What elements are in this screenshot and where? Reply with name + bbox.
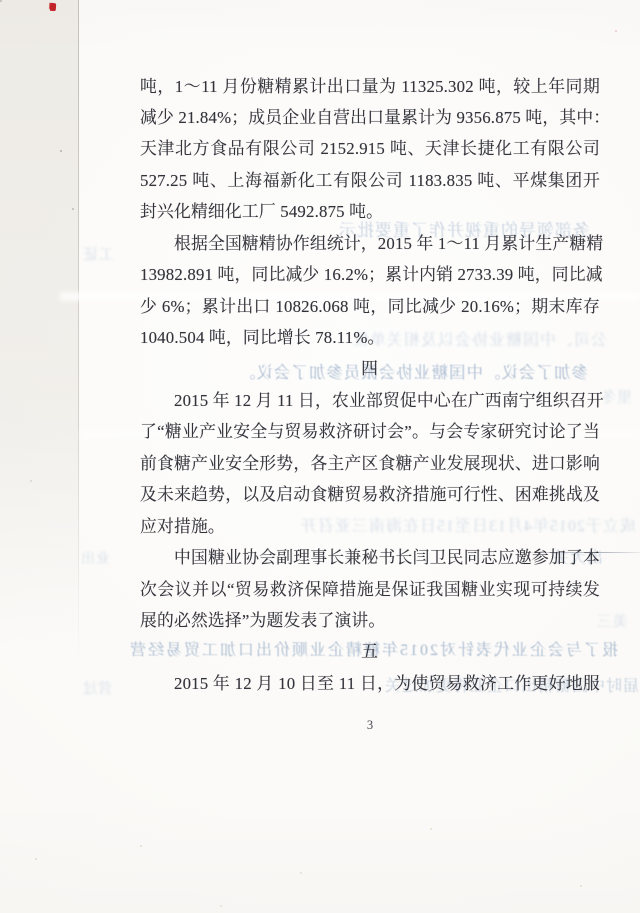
text-line: 527.25 吨、上海福新化工有限公司 1183.835 吨、平煤集团开 — [140, 165, 600, 196]
text-line: 减少 21.84%；成员企业自营出口量累计为 9356.875 吨，其中： — [140, 102, 600, 133]
text-line: 展的必然选择”为题发表了演讲。 — [140, 605, 600, 636]
text-line: 天津北方食品有限公司 2152.915 吨、天津长捷化工有限公司 — [140, 133, 600, 164]
bleedthrough-text: 美三 — [596, 610, 628, 631]
text-line: 2015 年 12 月 10 日至 11 日，为使贸易救济工作更好地服 — [140, 668, 600, 699]
red-pen-mark — [50, 3, 57, 11]
text-line: 2015 年 12 月 11 日，农业部贸促中心在广西南宁组织召开 — [140, 385, 600, 416]
text-line: 封兴化精细化工厂 5492.875 吨。 — [140, 196, 600, 227]
bleedthrough-text: 业出 — [80, 548, 110, 568]
text-line: 中国糖业协会副理事长兼秘书长闫卫民同志应邀参加了本 — [140, 542, 600, 573]
text-line: 根据全国糖精协作组统计，2015 年 1～11 月累计生产糖精 — [140, 228, 600, 259]
paper-edge-line — [78, 0, 79, 700]
bleedthrough-text: 里冬 — [600, 386, 632, 407]
text-line: 吨，1～11 月份糖精累计出口量为 11325.302 吨，较上年同期 — [140, 71, 600, 102]
scan-speckles — [0, 0, 2, 2]
document-body: 吨，1～11 月份糖精累计出口量为 11325.302 吨，较上年同期 减少 2… — [140, 71, 600, 700]
paper-edge-shadow — [0, 0, 78, 760]
text-line: 1040.504 吨，同比增长 78.11%。 — [140, 322, 600, 353]
bleedthrough-text: 工证 — [82, 243, 114, 264]
text-line: 及未来趋势，以及启动食糖贸易救济措施可行性、困难挑战及 — [140, 479, 600, 510]
text-line: 次会议并以“贸易救济保障措施是保证我国糖业实现可持续发 — [140, 574, 600, 605]
section-heading: 四 — [140, 353, 600, 384]
bleedthrough-text: 营过 — [82, 678, 112, 698]
page-number: 3 — [140, 718, 600, 733]
section-heading: 五 — [140, 636, 600, 667]
text-line: 前食糖产业安全形势，各主产区食糖产业发展现状、进口影响 — [140, 448, 600, 479]
text-line: 少 6%；累计出口 10826.068 吨，同比减少 20.16%；期末库存 — [140, 291, 600, 322]
text-line: 13982.891 吨，同比减少 16.2%；累计内销 2733.39 吨，同比… — [140, 259, 600, 290]
text-line: 应对措施。 — [140, 511, 600, 542]
text-line: 了“糖业产业安全与贸易救济研讨会”。与会专家研究讨论了当 — [140, 416, 600, 447]
